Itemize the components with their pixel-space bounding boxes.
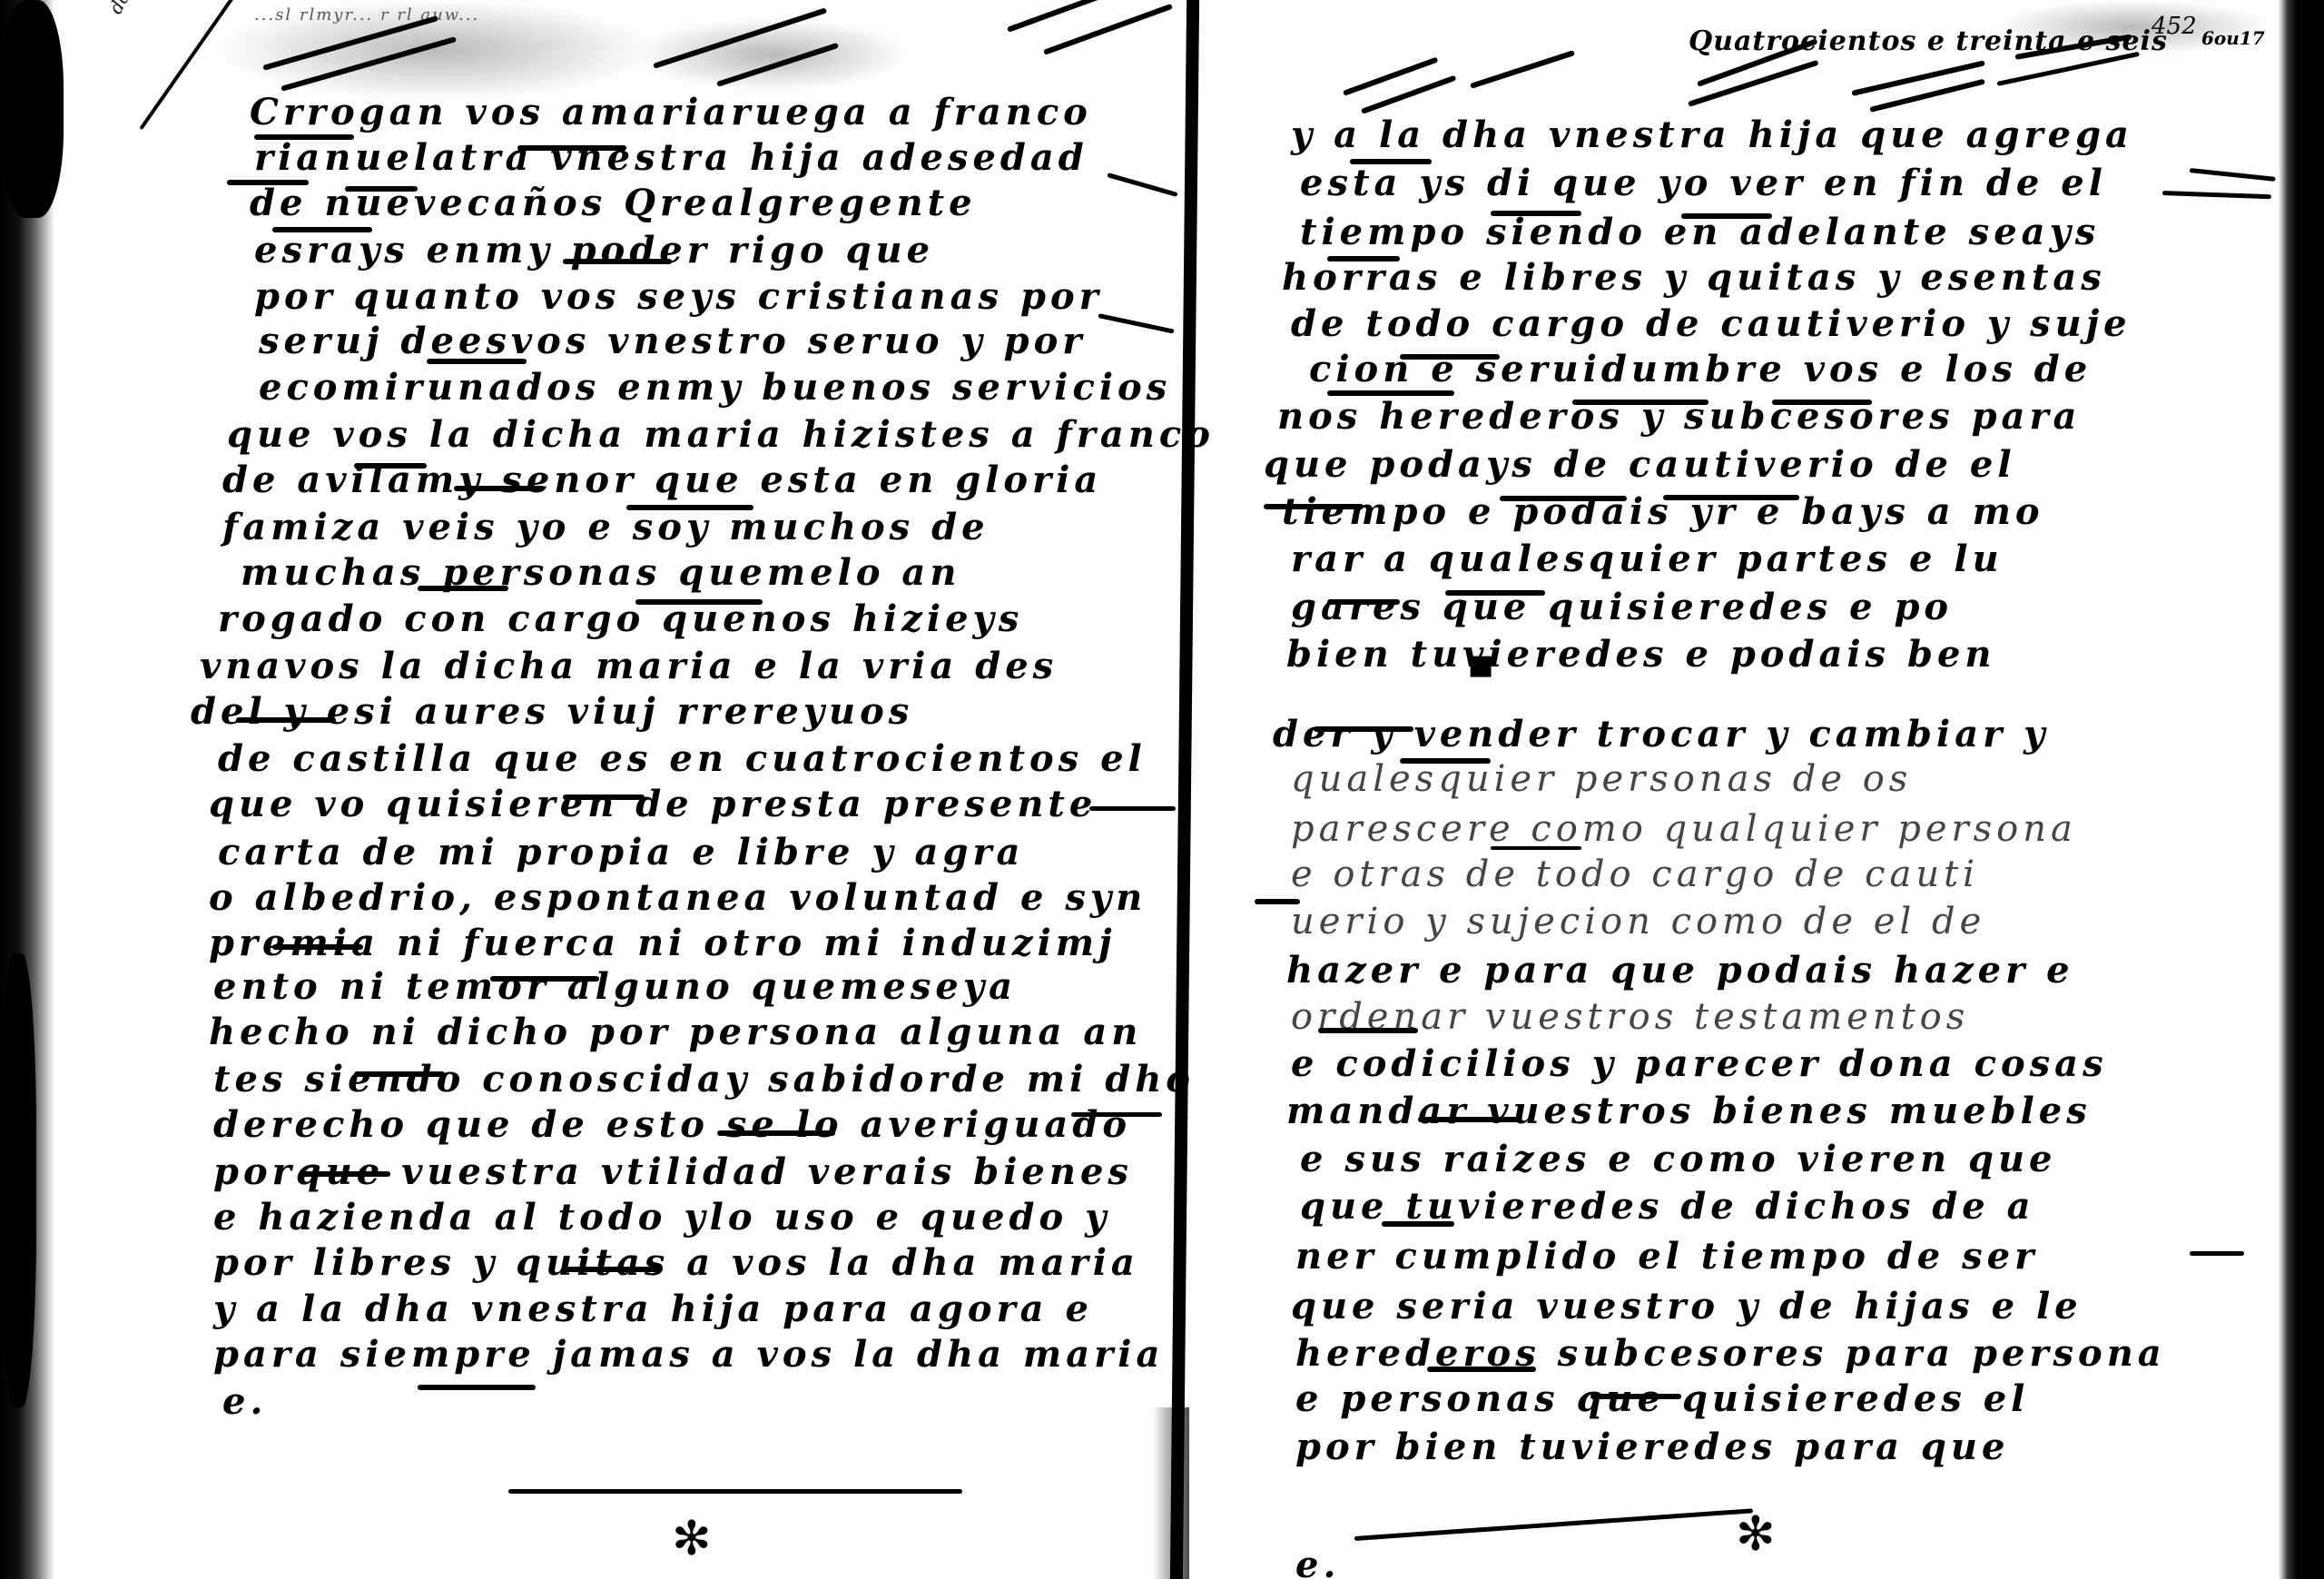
line-flourish xyxy=(1071,1112,1162,1117)
ink-underline xyxy=(1264,504,1364,509)
ink-underline xyxy=(254,134,354,140)
line-flourish xyxy=(2190,1251,2244,1256)
ink-underline xyxy=(626,505,753,510)
ink-underline xyxy=(1382,1221,1454,1227)
right-page-edge xyxy=(2279,0,2324,1579)
ink-underline xyxy=(508,1489,962,1494)
manuscript-line: e hazienda al todo ylo uso e quedo y xyxy=(213,1196,1110,1239)
manuscript-line: horras e libres y quitas y esentas xyxy=(1282,256,2106,299)
manuscript-line: que seria vuestro y de hijas e le xyxy=(1291,1285,2083,1327)
manuscript-line: rar a qualesquier partes e lu xyxy=(1291,538,2004,580)
manuscript-line: esta ys di que yo ver en fin de el xyxy=(1300,162,2107,204)
rubric-signature: ✻ xyxy=(1736,1507,1776,1562)
manuscript-line: esrays enmy poder rigo que xyxy=(254,229,934,271)
ink-underline xyxy=(1491,211,1581,216)
right-page: y a la dha vnestra hija que agrega esta … xyxy=(1191,0,2279,1579)
manuscript-line: ner cumplido el tiempo de ser xyxy=(1295,1235,2038,1278)
manuscript-line: tes siendo conosciday sabidorde mi dho xyxy=(213,1058,1195,1100)
ink-underline xyxy=(1500,496,1627,501)
manuscript-line: rogado con cargo quenos hizieys xyxy=(218,597,1023,640)
manuscript-line: gares que quisieredes e po xyxy=(1291,586,1953,628)
ink-blot: ■ xyxy=(1468,649,1493,681)
manuscript-line: o albedrio, espontanea voluntad e syn xyxy=(209,876,1147,919)
manuscript-line: premia ni fuerca ni otro mi induzimj xyxy=(209,922,1117,964)
manuscript-line: que podays de cautiverio de el xyxy=(1264,443,2016,486)
ink-underline xyxy=(345,186,418,192)
line-flourish xyxy=(1089,806,1176,811)
ink-underline xyxy=(427,359,527,364)
manuscript-line: por bien tuvieredes para que xyxy=(1295,1426,2009,1468)
ink-underline xyxy=(635,599,763,605)
ink-underline xyxy=(1663,495,1799,500)
manuscript-line: de todo cargo de cautiverio y suje xyxy=(1291,302,2132,345)
manuscript-line: ecomirunados enmy buenos servicios xyxy=(259,366,1171,409)
manuscript-line: por quanto vos seys cristianas por xyxy=(254,275,1103,318)
manuscript-line: famiza veis yo e soy muchos de xyxy=(222,506,990,548)
ink-underline xyxy=(1255,899,1300,904)
ink-underline xyxy=(418,586,508,591)
manuscript-spread: dos ciento ...sl rlmyr... r rl auw... Qu… xyxy=(0,0,2324,1579)
ink-underline xyxy=(300,1171,390,1177)
closing-rule xyxy=(1354,1508,1753,1541)
manuscript-line: hazer e para que podais hazer e xyxy=(1286,949,2074,992)
ink-underline xyxy=(1400,354,1500,360)
manuscript-line: que vos la dicha maria hizistes a franco xyxy=(227,413,1215,456)
ink-underline xyxy=(1681,213,1772,219)
manuscript-line: carta de mi propia e libre y agra xyxy=(218,831,1024,873)
ink-underline xyxy=(1491,846,1581,850)
manuscript-line: e otras de todo cargo de cauti xyxy=(1291,854,1979,895)
manuscript-line: de castilla que es en cuatrocientos el xyxy=(218,737,1147,780)
ink-underline xyxy=(454,486,545,491)
manuscript-line: muchas personas quemelo an xyxy=(241,551,960,594)
ink-underline xyxy=(1427,1367,1536,1372)
manuscript-line: herederos subcesores para persona xyxy=(1295,1332,2166,1375)
ink-underline xyxy=(227,180,309,185)
ink-underline xyxy=(490,976,599,982)
manuscript-line: y a la dha vnestra hija que agrega xyxy=(1291,113,2133,156)
ink-underline xyxy=(272,227,372,232)
manuscript-line: e. xyxy=(1295,1544,1340,1579)
line-flourish xyxy=(2162,191,2271,199)
ink-underline xyxy=(717,1130,835,1136)
ink-underline xyxy=(563,259,672,264)
manuscript-line: del y esi aures viuj rrereyuos xyxy=(191,690,913,733)
manuscript-line: qualesquier personas de os xyxy=(1291,758,1912,800)
ink-underline xyxy=(1318,1028,1418,1033)
ink-underline xyxy=(563,1267,663,1272)
ink-underline xyxy=(1772,400,1872,405)
ink-underline xyxy=(1572,400,1709,405)
manuscript-line: vnavos la dicha maria e la vria des xyxy=(200,645,1058,687)
ink-underline xyxy=(1327,390,1454,396)
ink-underline xyxy=(1400,758,1491,764)
manuscript-line: ento ni temor alguno quemeseya xyxy=(213,965,1017,1008)
line-flourish xyxy=(2190,168,2276,182)
manuscript-line: para siempre jamas a vos la dha maria xyxy=(213,1333,1164,1376)
manuscript-line: e. xyxy=(222,1380,267,1423)
ink-underline xyxy=(1314,726,1413,732)
rubric-signature: ✻ xyxy=(672,1512,712,1566)
ink-underline xyxy=(354,463,427,469)
ink-underline xyxy=(1327,256,1400,262)
ink-underline xyxy=(272,944,363,950)
ink-underline xyxy=(1350,159,1432,164)
manuscript-line: que vo quisieren de presta presente xyxy=(209,783,1097,825)
manuscript-line: seruj deesvos vnestro seruo y por xyxy=(259,320,1086,362)
ink-underline xyxy=(517,145,626,151)
manuscript-line: Crrogan vos amariaruega a franco xyxy=(250,91,1092,133)
manuscript-line: por libres y quitas a vos la dha maria xyxy=(213,1241,1139,1284)
ink-underline xyxy=(1590,1394,1681,1399)
manuscript-line: derecho que de esto se lo averiguado xyxy=(213,1103,1131,1146)
ink-underline xyxy=(563,794,645,800)
manuscript-line: rianuelatra vnestra hija adesedad xyxy=(254,136,1088,179)
ink-underline xyxy=(354,1071,445,1077)
ink-underline xyxy=(1418,1117,1518,1122)
manuscript-line: uerio y sujecion como de el de xyxy=(1291,901,1985,942)
manuscript-line: e sus raizes e como vieren que xyxy=(1300,1138,2056,1180)
line-flourish xyxy=(1098,313,1174,334)
ink-underline xyxy=(236,717,336,723)
manuscript-line: e codicilios y parecer dona cosas xyxy=(1291,1042,2108,1085)
left-edge-blot xyxy=(0,953,36,1407)
manuscript-line: y a la dha vnestra hija para agora e xyxy=(213,1288,1093,1330)
manuscript-line: bien tuvieredes e podais ben xyxy=(1286,633,1996,676)
left-page: Crrogan vos amariaruega a franco rianuel… xyxy=(54,0,1178,1579)
manuscript-line: der y vender trocar y cambiar y xyxy=(1273,713,2049,755)
manuscript-line: parescere como qualquier persona xyxy=(1291,808,2077,850)
manuscript-line: mandar vuestros bienes muebles xyxy=(1286,1090,2092,1132)
ink-underline xyxy=(1445,590,1545,596)
ink-underline xyxy=(418,1385,536,1390)
manuscript-line: hecho ni dicho por persona alguna an xyxy=(209,1011,1142,1053)
line-flourish xyxy=(1107,173,1177,197)
ink-underline xyxy=(1327,599,1400,605)
